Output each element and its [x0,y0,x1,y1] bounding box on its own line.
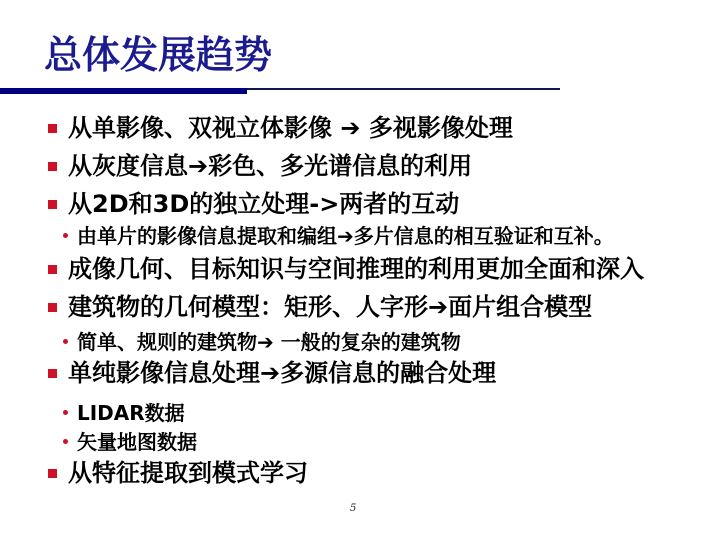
dot-bullet-icon [63,233,68,238]
sub-bullet-item: LIDAR数据 [63,401,185,426]
title-underline-thick [0,88,247,94]
dot-bullet-icon [63,439,68,444]
square-bullet-icon [48,200,57,209]
sub-bullet-item: 由单片的影像信息提取和编组➔多片信息的相互验证和互补。 [63,224,614,249]
sub-bullet-item: 矢量地图数据 [63,430,197,455]
square-bullet-icon [48,124,57,133]
bullet-text: 从特征提取到模式学习 [68,459,308,488]
bullet-text: 由单片的影像信息提取和编组➔多片信息的相互验证和互补。 [77,224,614,249]
bullet-text: 成像几何、目标知识与空间推理的利用更加全面和深入 [68,255,644,284]
bullet-text: 从2D和3D的独立处理->两者的互动 [68,190,459,219]
bullet-item: 成像几何、目标知识与空间推理的利用更加全面和深入 [48,255,644,284]
square-bullet-icon [48,265,57,274]
bullet-text: 单纯影像信息处理➔多源信息的融合处理 [68,359,496,388]
square-bullet-icon [48,369,57,378]
bullet-item: 从特征提取到模式学习 [48,459,308,488]
bullet-text: LIDAR数据 [77,401,185,426]
bullet-item: 建筑物的几何模型：矩形、人字形➔面片组合模型 [48,293,592,322]
bullet-item: 从2D和3D的独立处理->两者的互动 [48,190,459,219]
page-number: 5 [350,503,356,514]
bullet-text: 矢量地图数据 [77,430,197,455]
title-underline-thin [247,88,560,90]
sub-bullet-item: 简单、规则的建筑物➔ 一般的复杂的建筑物 [63,330,461,355]
bullet-text: 建筑物的几何模型：矩形、人字形➔面片组合模型 [68,293,592,322]
bullet-text: 从灰度信息➔彩色、多光谱信息的利用 [68,152,472,181]
dot-bullet-icon [63,339,68,344]
bullet-item: 单纯影像信息处理➔多源信息的融合处理 [48,359,496,388]
square-bullet-icon [48,162,57,171]
bullet-text: 简单、规则的建筑物➔ 一般的复杂的建筑物 [77,330,461,355]
bullet-text: 从单影像、双视立体影像 ➔ 多视影像处理 [68,114,513,143]
square-bullet-icon [48,469,57,478]
presentation-slide: 总体发展趋势 从单影像、双视立体影像 ➔ 多视影像处理 从灰度信息➔彩色、多光谱… [0,0,720,540]
bullet-item: 从灰度信息➔彩色、多光谱信息的利用 [48,152,472,181]
dot-bullet-icon [63,410,68,415]
bullet-item: 从单影像、双视立体影像 ➔ 多视影像处理 [48,114,513,143]
square-bullet-icon [48,303,57,312]
slide-title: 总体发展趋势 [44,24,272,79]
